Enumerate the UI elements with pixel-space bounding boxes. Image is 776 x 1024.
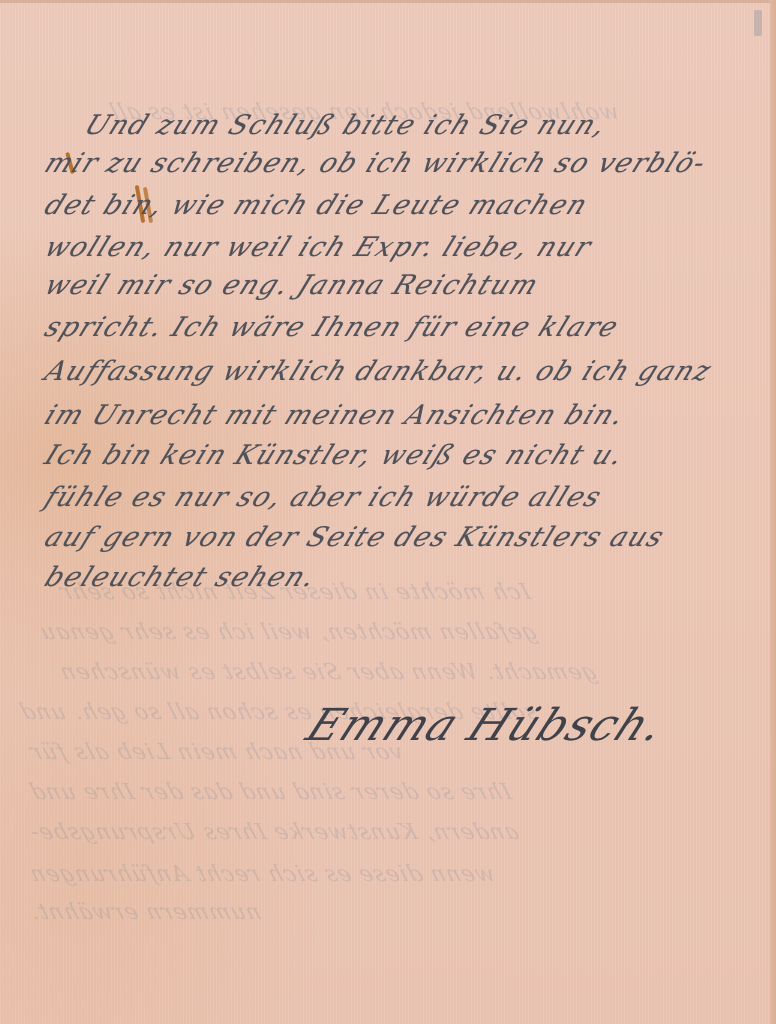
- letter-line: weil mir so eng. Janna Reichtum: [40, 270, 544, 301]
- letter-line: Ich bin kein Künstler, weiß es nicht u.: [40, 440, 629, 471]
- bleed-line: gemacht. Wenn aber Sie selbst es wünsche…: [56, 660, 601, 685]
- letter-line: beleuchtet sehen.: [40, 562, 321, 593]
- bleed-line: Ihre so derer sind und das der Ihre und: [26, 780, 515, 805]
- letter-line: det bin, wie mich die Leute machen: [40, 190, 593, 221]
- bleed-line: wenn diese es sich recht Anführungen: [26, 862, 498, 887]
- bleed-line: gefallen möchten, weil ich es sehr genau: [36, 620, 541, 645]
- letter-line: Und zum Schluß bitte ich Sie nun,: [80, 110, 612, 141]
- letter-line: im Unrecht mit meinen Ansichten bin.: [40, 400, 630, 431]
- letter-line: spricht. Ich wäre Ihnen für eine klare: [40, 312, 624, 343]
- letter-line: mir zu schreiben, ob ich wirklich so ver…: [40, 148, 712, 179]
- letter-page: wohlwollend jedoch von gesehen ist es al…: [0, 0, 776, 1024]
- paper-top-edge: [0, 0, 776, 3]
- paper-right-edge: [770, 0, 776, 1024]
- letter-line: Auffassung wirklich dankbar, u. ob ich g…: [40, 356, 717, 387]
- letter-line: wollen, nur weil ich Expr. liebe, nur: [40, 232, 597, 263]
- letter-line: fühle es nur so, aber ich würde alles: [40, 482, 607, 513]
- bleed-line: nummern erwähnt.: [26, 900, 265, 925]
- letter-line: auf gern von der Seite des Künstlers aus: [40, 522, 670, 553]
- bleed-line: andern, Kunstwerke Ihres Ursprungsbe-: [26, 820, 522, 845]
- signature: Emma Hübsch.: [299, 700, 674, 751]
- corner-pencil-mark: [754, 10, 762, 36]
